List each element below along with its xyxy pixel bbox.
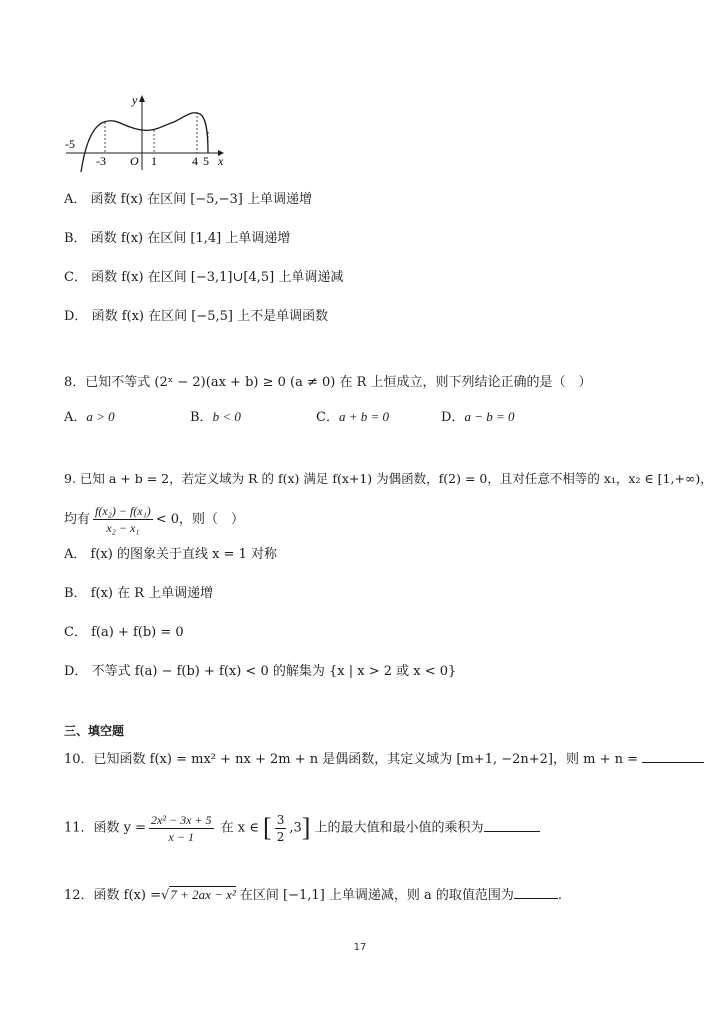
q11-fraction: 2x² − 3x + 5x − 1	[149, 812, 213, 845]
option-text: a − b = 0	[464, 409, 514, 424]
q12-suffix: 在区间 [−1,1] 上单调递减，则 a 的取值范围为	[240, 888, 514, 903]
q8-option-c: C．a + b = 0	[316, 407, 389, 428]
option-text: a > 0	[86, 409, 114, 424]
right-bracket: ]	[302, 813, 311, 842]
q10-text: 10．已知函数 f(x) = mx² + nx + 2m + n 是偶函数，其定…	[64, 752, 638, 767]
q8-option-d: D．a − b = 0	[441, 407, 514, 428]
q12-end: .	[558, 888, 562, 903]
x-axis-label: x	[217, 154, 224, 168]
q8-options: A．a > 0 B．b < 0 C．a + b = 0 D．a − b = 0	[64, 407, 684, 427]
q9-option-b: B． f(x) 在 R 上单调递增	[64, 584, 213, 604]
option-label: B．	[64, 586, 87, 601]
q12: 12．函数 f(x) =√7 + 2ax − x² 在区间 [−1,1] 上单调…	[64, 884, 562, 906]
page-number: 17	[0, 942, 720, 953]
q11-interval-rest: ,3	[289, 821, 301, 836]
option-label: B．	[64, 231, 87, 246]
option-label: A．	[64, 547, 86, 562]
q10: 10．已知函数 f(x) = mx² + nx + 2m + n 是偶函数，其定…	[64, 748, 704, 770]
option-label: C．	[64, 270, 87, 285]
option-text: 函数 f(x) 在区间 [−5,−3] 上单调递增	[91, 192, 312, 207]
q7-option-a: A． 函数 f(x) 在区间 [−5,−3] 上单调递增	[64, 190, 312, 210]
answer-blank[interactable]	[642, 748, 704, 763]
q9-stem-line2: 均有f(x₂) − f(x₁)x₂ − x₁< 0，则（ ）	[64, 500, 244, 540]
answer-blank[interactable]	[514, 884, 558, 899]
tick-label: 4	[192, 154, 198, 168]
q9-stem-line1: 9. 已知 a + b = 2，若定义域为 R 的 f(x) 满足 f(x+1)…	[64, 469, 713, 489]
q11-middle: 在 x ∈	[221, 821, 259, 836]
origin-label: O	[130, 154, 139, 168]
option-label: A．	[64, 410, 86, 425]
q11: 11．函数 y =2x² − 3x + 5x − 1 在 x ∈ [32,3] …	[64, 808, 540, 849]
option-label: B．	[190, 410, 213, 425]
tick-label: 1	[151, 154, 157, 168]
q9-prefix: 均有	[64, 512, 90, 527]
q8-stem: 8．已知不等式 (2ˣ − 2)(ax + b) ≥ 0 (a ≠ 0) 在 R…	[64, 373, 592, 393]
y-axis-label: y	[131, 93, 138, 107]
fraction-denominator: 2	[275, 829, 287, 845]
q9-option-c: C． f(a) + f(b) = 0	[64, 623, 184, 643]
tick-label: -5	[65, 137, 75, 151]
option-text: 函数 f(x) 在区间 [−5,5] 上不是单调函数	[92, 309, 329, 324]
option-text: f(x) 在 R 上单调递增	[91, 586, 213, 601]
option-label: D．	[441, 410, 464, 425]
q8-option-b: B．b < 0	[190, 407, 241, 428]
option-label: D．	[64, 309, 87, 324]
q11-prefix: 11．函数 y =	[64, 821, 146, 836]
option-label: C．	[64, 625, 87, 640]
option-label: C．	[316, 410, 339, 425]
q7-option-d: D． 函数 f(x) 在区间 [−5,5] 上不是单调函数	[64, 307, 328, 327]
q11-suffix: 上的最大值和最小值的乘积为	[315, 821, 484, 836]
q9-suffix: < 0，则（ ）	[156, 512, 244, 527]
option-label: D．	[64, 664, 87, 679]
fraction-numerator: 2x² − 3x + 5	[149, 812, 213, 829]
q11-interval-fraction: 32	[275, 812, 287, 845]
option-text: 函数 f(x) 在区间 [1,4] 上单调递增	[91, 231, 291, 246]
q12-prefix: 12．函数 f(x) =	[64, 888, 161, 903]
fraction-numerator: 3	[275, 812, 287, 829]
option-text: 函数 f(x) 在区间 [−3,1]∪[4,5] 上单调递减	[91, 270, 343, 285]
q9-option-d: D． 不等式 f(a) − f(b) + f(x) < 0 的解集为 {x | …	[64, 662, 456, 682]
option-text: f(a) + f(b) = 0	[91, 625, 184, 640]
tick-label: 5	[203, 154, 209, 168]
q9-option-a: A． f(x) 的图象关于直线 x = 1 对称	[64, 545, 277, 565]
option-label: A．	[64, 192, 86, 207]
fraction-denominator: x − 1	[149, 829, 213, 845]
option-text: f(x) 的图象关于直线 x = 1 对称	[91, 547, 277, 562]
y-axis-arrow-icon	[139, 95, 145, 102]
option-text: 不等式 f(a) − f(b) + f(x) < 0 的解集为 {x | x >…	[92, 664, 457, 679]
fraction-numerator: f(x₂) − f(x₁)	[93, 503, 153, 520]
q8-option-a: A．a > 0	[64, 407, 115, 428]
section-title-fill-in-blank: 三、填空题	[64, 721, 124, 741]
option-text: b < 0	[213, 409, 241, 424]
option-text: a + b = 0	[339, 409, 389, 424]
fraction-denominator: x₂ − x₁	[93, 520, 153, 536]
function-graph-figure: y x O -5 -3 1 4 5	[62, 92, 232, 172]
left-bracket: [	[263, 813, 272, 842]
tick-label: -3	[96, 154, 106, 168]
sqrt-content: 7 + 2ax − x²	[169, 886, 235, 902]
q7-option-b: B． 函数 f(x) 在区间 [1,4] 上单调递增	[64, 229, 290, 249]
q7-option-c: C． 函数 f(x) 在区间 [−3,1]∪[4,5] 上单调递减	[64, 268, 343, 288]
answer-blank[interactable]	[484, 817, 540, 832]
q9-fraction: f(x₂) − f(x₁)x₂ − x₁	[93, 503, 153, 536]
